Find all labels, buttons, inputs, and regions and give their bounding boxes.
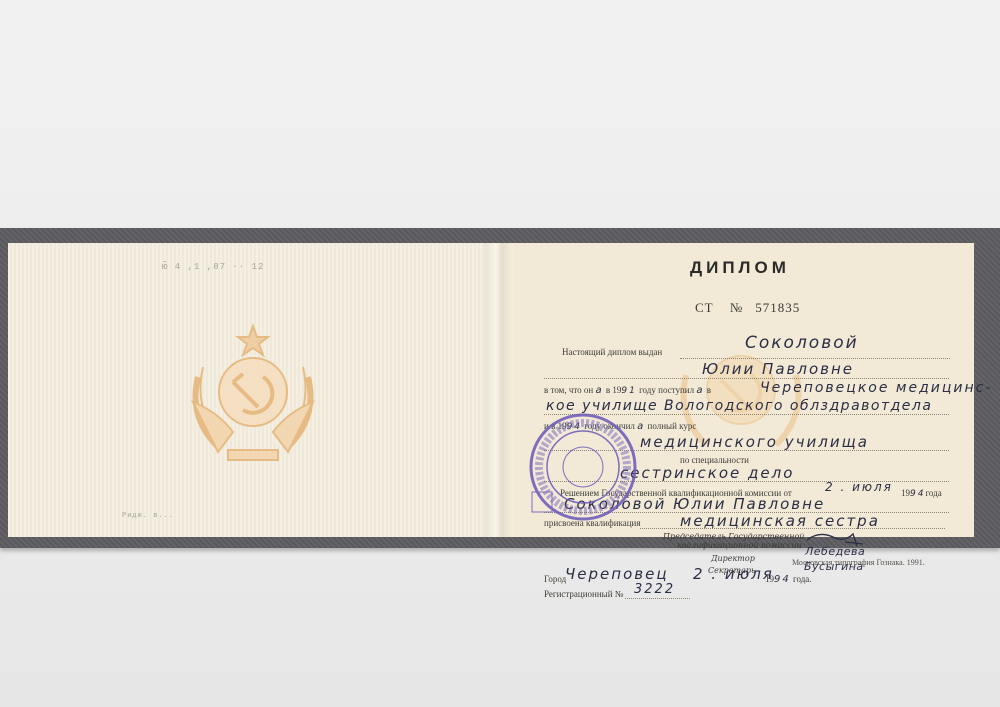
field-line (680, 358, 950, 359)
text: в том, что он (544, 385, 593, 395)
pencil-note-top: ю̃ 4 ,1 ,87 ·· 12 (162, 262, 264, 272)
reg-label: Регистрационный № (544, 589, 623, 599)
text: году поступил (639, 385, 694, 395)
decision-date: 2 . июля (825, 480, 893, 494)
institution-line-1: Череповецкое медицинс- (760, 380, 992, 396)
spine-fold (484, 243, 514, 537)
course: медицинского училища (640, 433, 869, 451)
decision-year: 1994года (901, 488, 942, 499)
city: Череповец (565, 565, 669, 583)
entered-label: в том, что он а в 1991 году поступил а в (544, 385, 711, 396)
text: года (925, 488, 941, 498)
text: 19 (901, 488, 910, 498)
given-names: Юлии Павловне (702, 360, 854, 378)
issue-year: 1994 года. (765, 574, 812, 585)
gender-suffix: а (637, 421, 645, 432)
text: полный курс (648, 421, 697, 431)
text: Председатель Государственной (663, 532, 804, 541)
number-sign: № (730, 300, 743, 315)
diploma-number: 571835 (755, 300, 800, 315)
field-line (544, 378, 949, 379)
field-line (625, 598, 690, 599)
year-entered: 91 (621, 386, 636, 396)
printer-note: Московская типография Гознака. 1991. (792, 558, 925, 567)
gender-suffix: а (696, 385, 704, 396)
surname: Соколовой (745, 333, 859, 353)
diploma-title: ДИПЛОМ (690, 258, 790, 278)
text: в (707, 385, 711, 395)
city-label: Город (544, 574, 566, 584)
director-label: Директор (711, 554, 755, 563)
text: 19 (765, 574, 774, 584)
year: 94 (910, 489, 925, 499)
specialty: сестринское дело (620, 464, 794, 482)
issued-to-label: Настоящий диплом выдан (562, 347, 662, 357)
pencil-note-bottom: Ридж. в... (122, 512, 174, 520)
text: в 19 (606, 385, 622, 395)
gender-suffix: а (596, 385, 604, 396)
director-signature: Лебедева (805, 545, 865, 558)
year: 94 (774, 574, 791, 585)
reg-number: 3222 (634, 582, 675, 597)
series: СТ (695, 300, 714, 315)
text: квалификационной комиссии (663, 541, 804, 550)
text: года. (793, 574, 812, 584)
ussr-emblem-icon (178, 322, 328, 472)
official-stamp-icon (528, 412, 638, 522)
chair-label: Председатель Государственной квалификаци… (663, 532, 804, 550)
diploma-serial: СТ №571835 (695, 300, 812, 316)
issue-date: 2 . июля (693, 565, 774, 583)
